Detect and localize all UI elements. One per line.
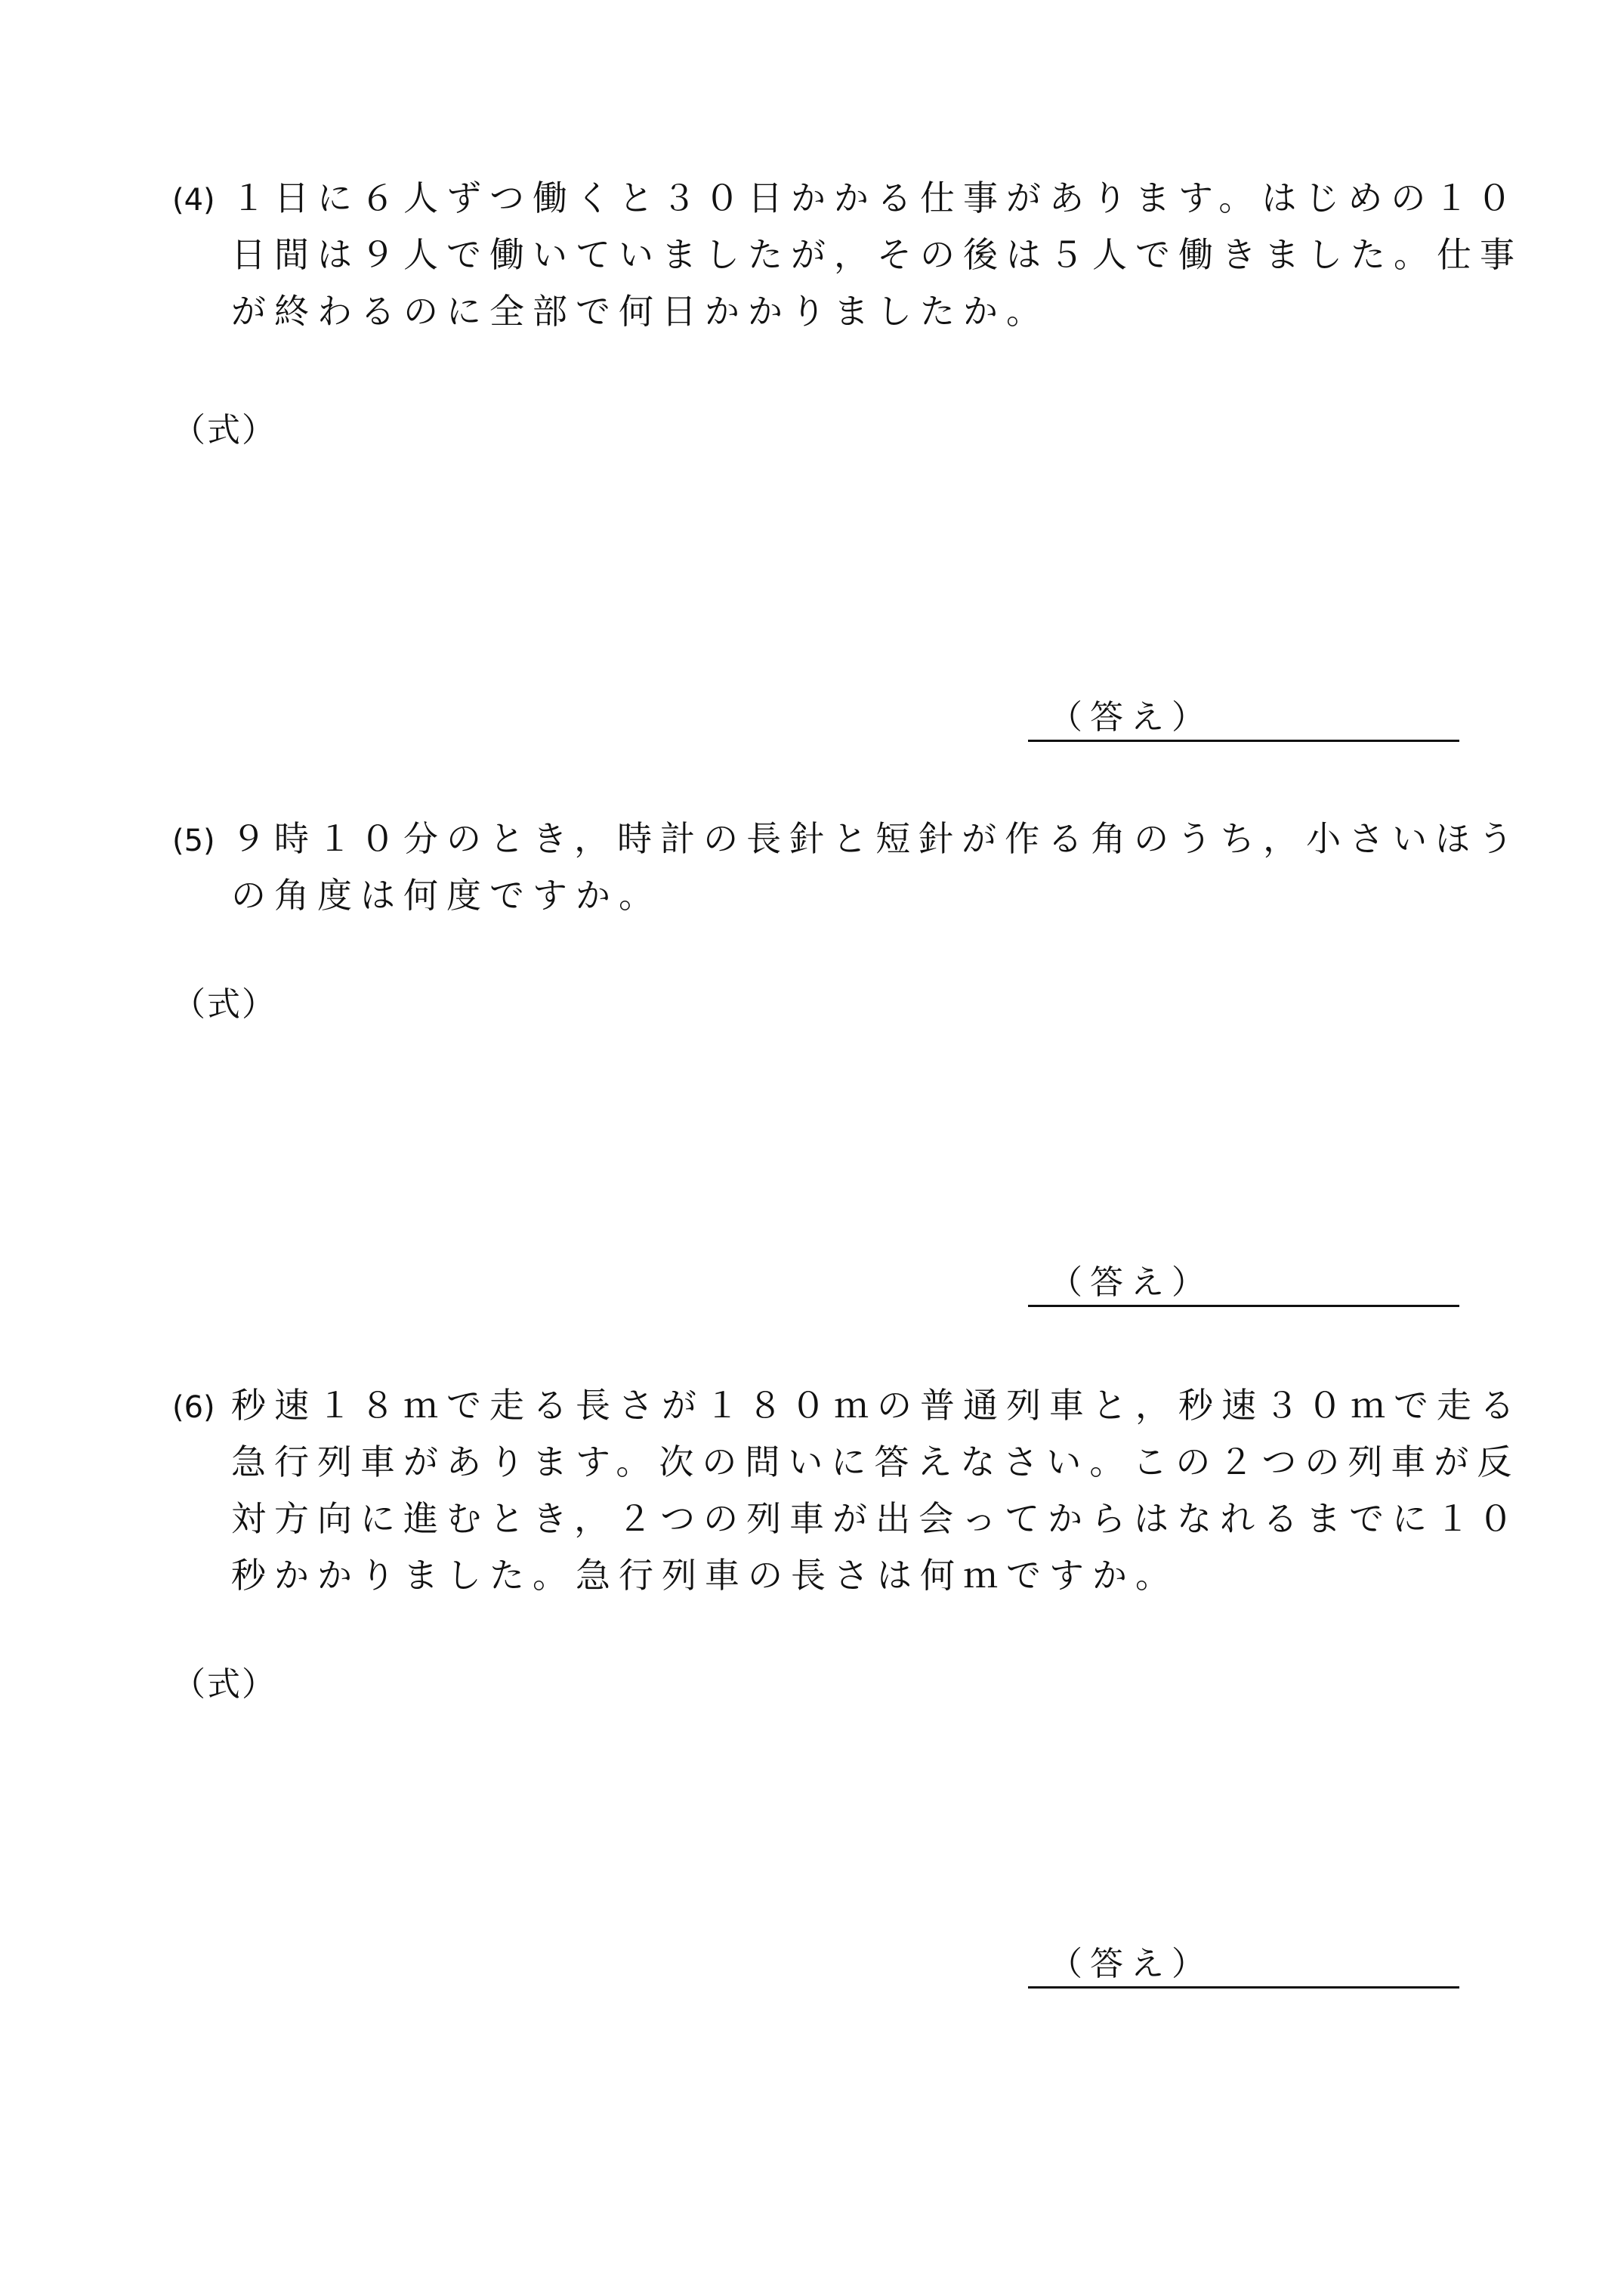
formula-label: （式） bbox=[172, 1664, 276, 1706]
question-text-line: (5)９時１０分のとき，時計の長針と短針が作る角のうち，小さいほう bbox=[172, 816, 1521, 864]
answer-label: （答え） bbox=[1049, 697, 1212, 739]
answer-field[interactable]: （答え） bbox=[1028, 1943, 1459, 1989]
answer-label: （答え） bbox=[1049, 1262, 1212, 1304]
question-text-line: が終わるのに全部で何日かかりましたか。 bbox=[231, 289, 1049, 334]
question-text-line: 日間は９人で働いていましたが，その後は５人で働きました。仕事 bbox=[231, 232, 1523, 277]
question-text-line: 秒かかりました。急行列車の長さは何ｍですか。 bbox=[231, 1553, 1178, 1598]
answer-field[interactable]: （答え） bbox=[1028, 1262, 1459, 1307]
answer-field[interactable]: （答え） bbox=[1028, 697, 1459, 742]
formula-label: （式） bbox=[172, 409, 276, 452]
question-number: (6) bbox=[172, 1385, 231, 1430]
question-text-line: 対方向に進むとき，２つの列車が出会ってからはなれるまでに１０ bbox=[231, 1496, 1521, 1541]
answer-label: （答え） bbox=[1049, 1943, 1212, 1986]
answer-underline bbox=[1028, 740, 1459, 742]
question-text-line: 急行列車があります。次の問いに答えなさい。この２つの列車が反 bbox=[231, 1439, 1520, 1485]
formula-label: （式） bbox=[172, 984, 276, 1026]
question-text-line: (6)秒速１８ｍで走る長さが１８０ｍの普通列車と，秒速３０ｍで走る bbox=[172, 1383, 1523, 1430]
question-text-line: (4)１日に６人ずつ働くと３０日かかる仕事があります。はじめの１０ bbox=[172, 175, 1520, 223]
answer-underline bbox=[1028, 1305, 1459, 1307]
question-number: (5) bbox=[172, 818, 231, 864]
answer-underline bbox=[1028, 1986, 1459, 1989]
question-text-line: の角度は何度ですか。 bbox=[231, 873, 662, 918]
question-number: (4) bbox=[172, 178, 231, 223]
